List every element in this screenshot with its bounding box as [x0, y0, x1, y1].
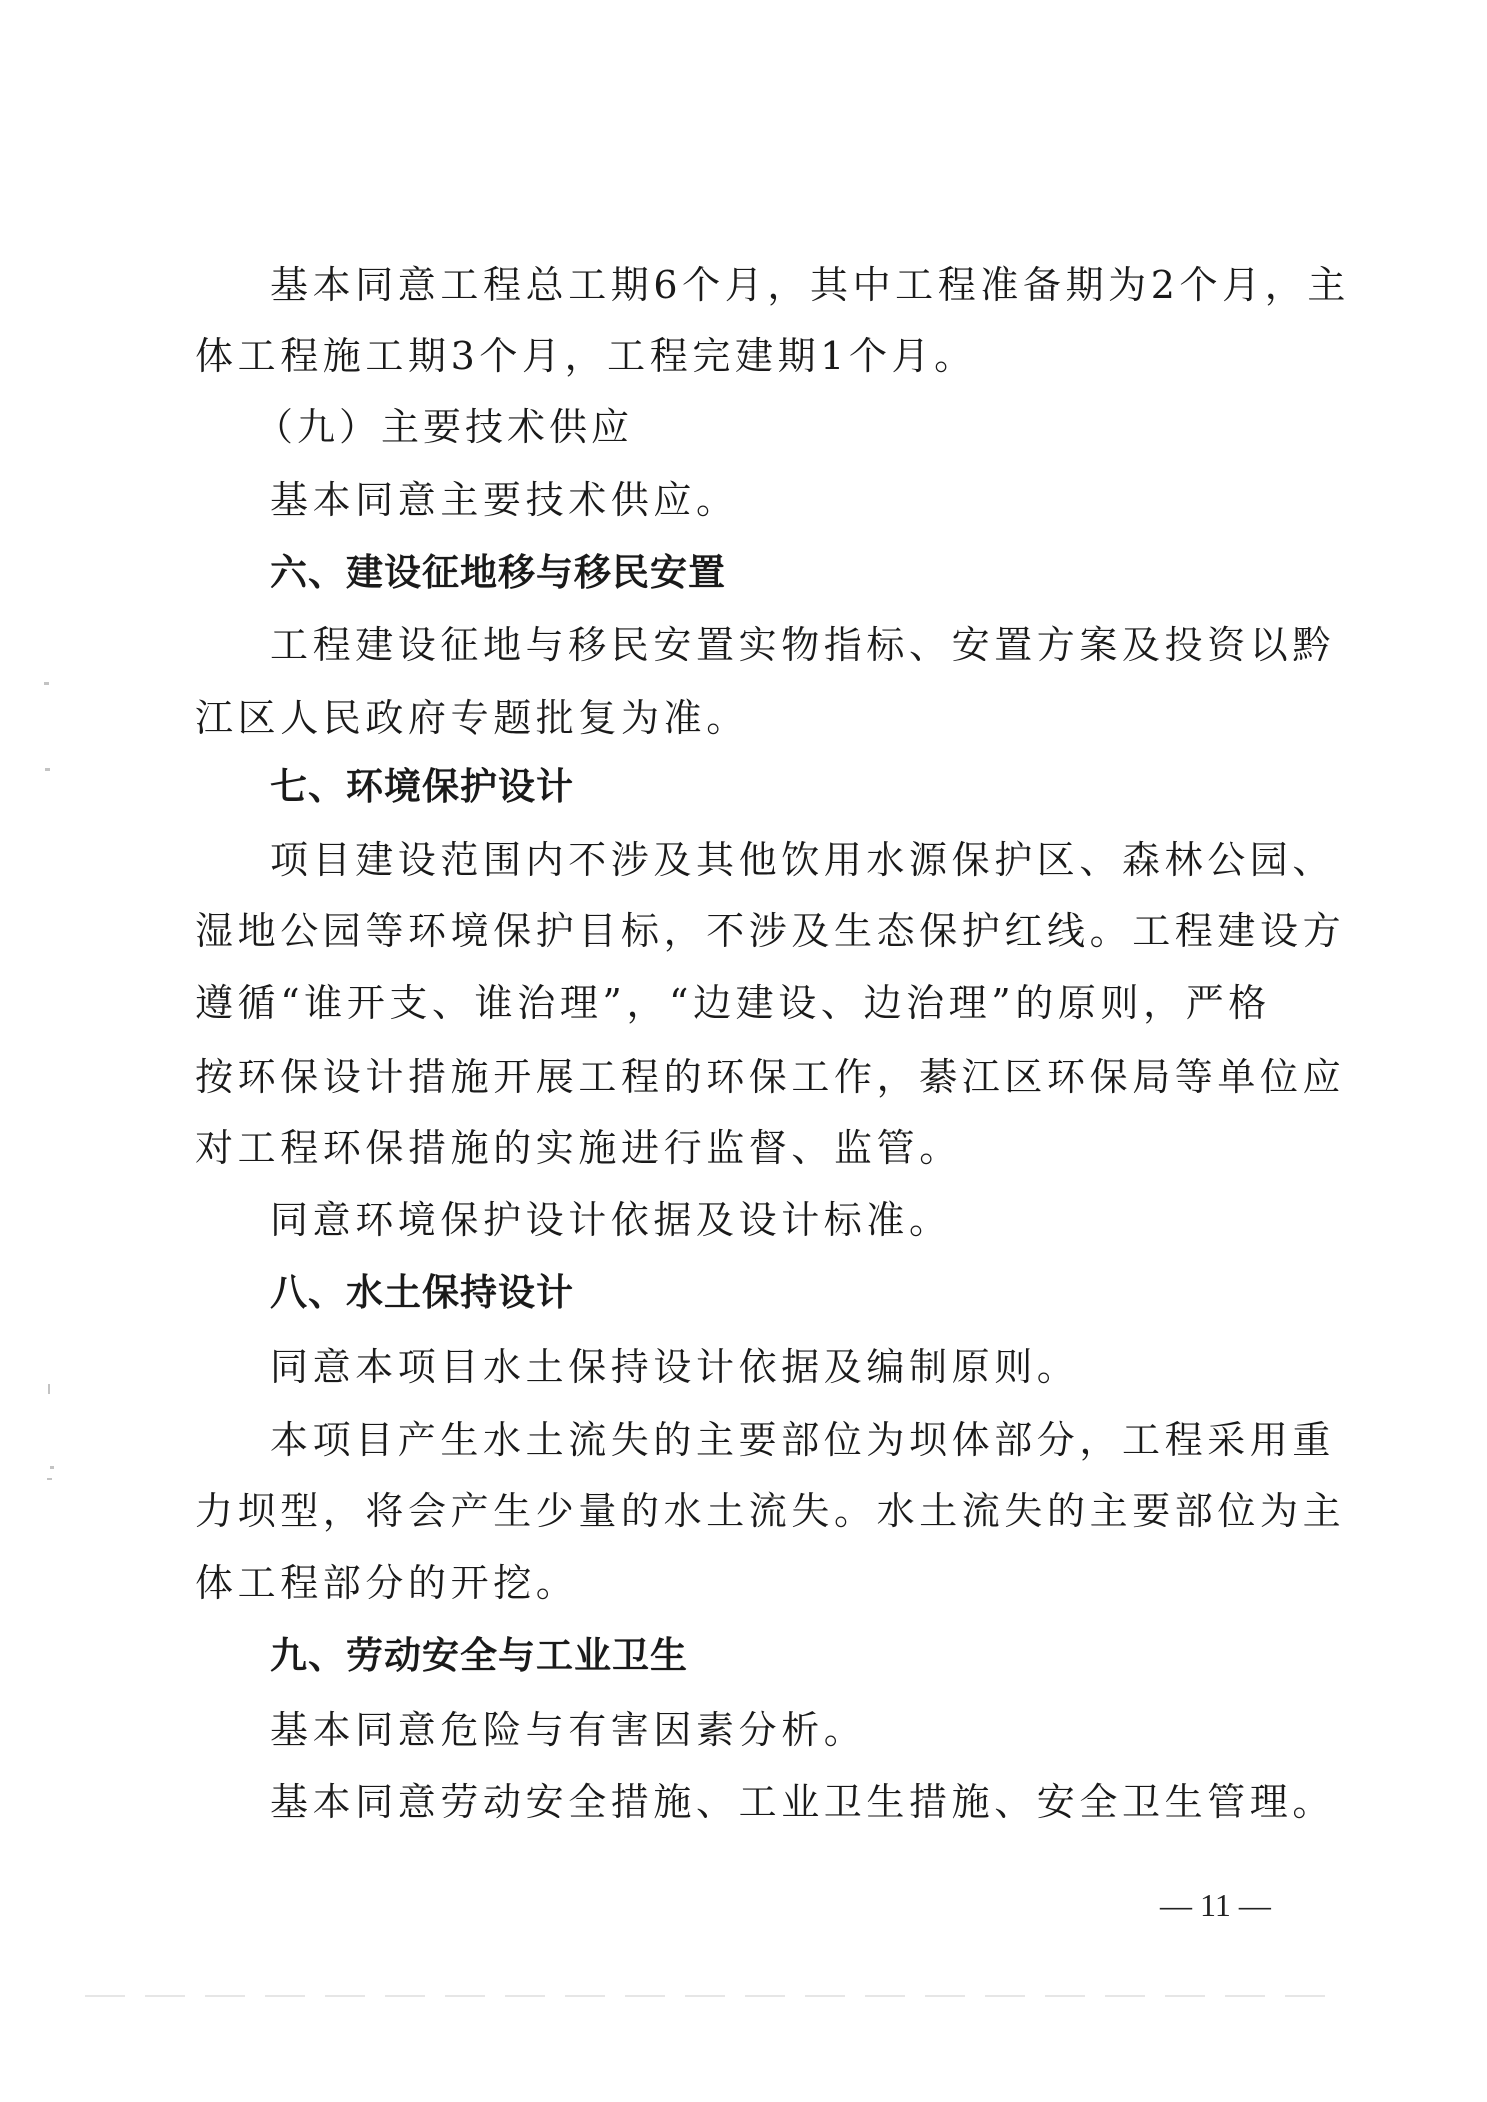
paragraph-line: 工程建设征地与移民安置实物指标、安置方案及投资以黔	[270, 621, 1285, 669]
paragraph-line: 基本同意工程总工期6个月，其中工程准备期为2个月，主	[270, 261, 1285, 309]
scan-artifact	[47, 1478, 52, 1480]
section-heading: 七、环境保护设计	[270, 763, 1285, 811]
scan-artifact	[50, 1466, 54, 1469]
paragraph-line: 对工程环保措施的实施进行监督、监管。	[195, 1124, 1285, 1172]
paragraph-line: 本项目产生水土流失的主要部位为坝体部分，工程采用重	[270, 1416, 1285, 1464]
paragraph-line: 同意本项目水土保持设计依据及编制原则。	[270, 1343, 1285, 1391]
paragraph-line: 基本同意劳动安全措施、工业卫生措施、安全卫生管理。	[270, 1778, 1285, 1826]
paragraph-line: 基本同意主要技术供应。	[270, 476, 1285, 524]
paragraph-line: 湿地公园等环境保护目标，不涉及生态保护红线。工程建设方	[195, 907, 1285, 955]
paragraph-line: 同意环境保护设计依据及设计标准。	[270, 1196, 1285, 1244]
page-number: — 11 —	[1160, 1885, 1271, 1925]
paragraph-line: 遵循“谁开支、谁治理”，“边建设、边治理”的原则，严格	[195, 979, 1285, 1027]
section-heading: 九、劳动安全与工业卫生	[270, 1632, 1285, 1680]
scan-artifact	[45, 768, 50, 771]
paragraph-line: 体工程部分的开挖。	[195, 1559, 1285, 1607]
paragraph-line: 江区人民政府专题批复为准。	[195, 694, 1285, 742]
paragraph-line: 基本同意危险与有害因素分析。	[270, 1706, 1285, 1754]
section-heading: 六、建设征地移与移民安置	[270, 549, 1285, 597]
scan-artifact	[48, 1384, 50, 1394]
scan-artifact	[85, 1995, 1335, 1997]
scan-artifact	[44, 682, 49, 685]
paragraph-line: 按环保设计措施开展工程的环保工作，綦江区环保局等单位应	[195, 1053, 1285, 1101]
section-heading: 八、水土保持设计	[270, 1269, 1285, 1317]
paragraph-line: 力坝型，将会产生少量的水土流失。水土流失的主要部位为主	[195, 1487, 1285, 1535]
document-page: 基本同意工程总工期6个月，其中工程准备期为2个月，主 体工程施工期3个月，工程完…	[0, 0, 1487, 2102]
paragraph-line: 项目建设范围内不涉及其他饮用水源保护区、森林公园、	[270, 836, 1285, 884]
subsection-heading: （九）主要技术供应	[255, 403, 1270, 451]
paragraph-line: 体工程施工期3个月，工程完建期1个月。	[195, 332, 1285, 380]
